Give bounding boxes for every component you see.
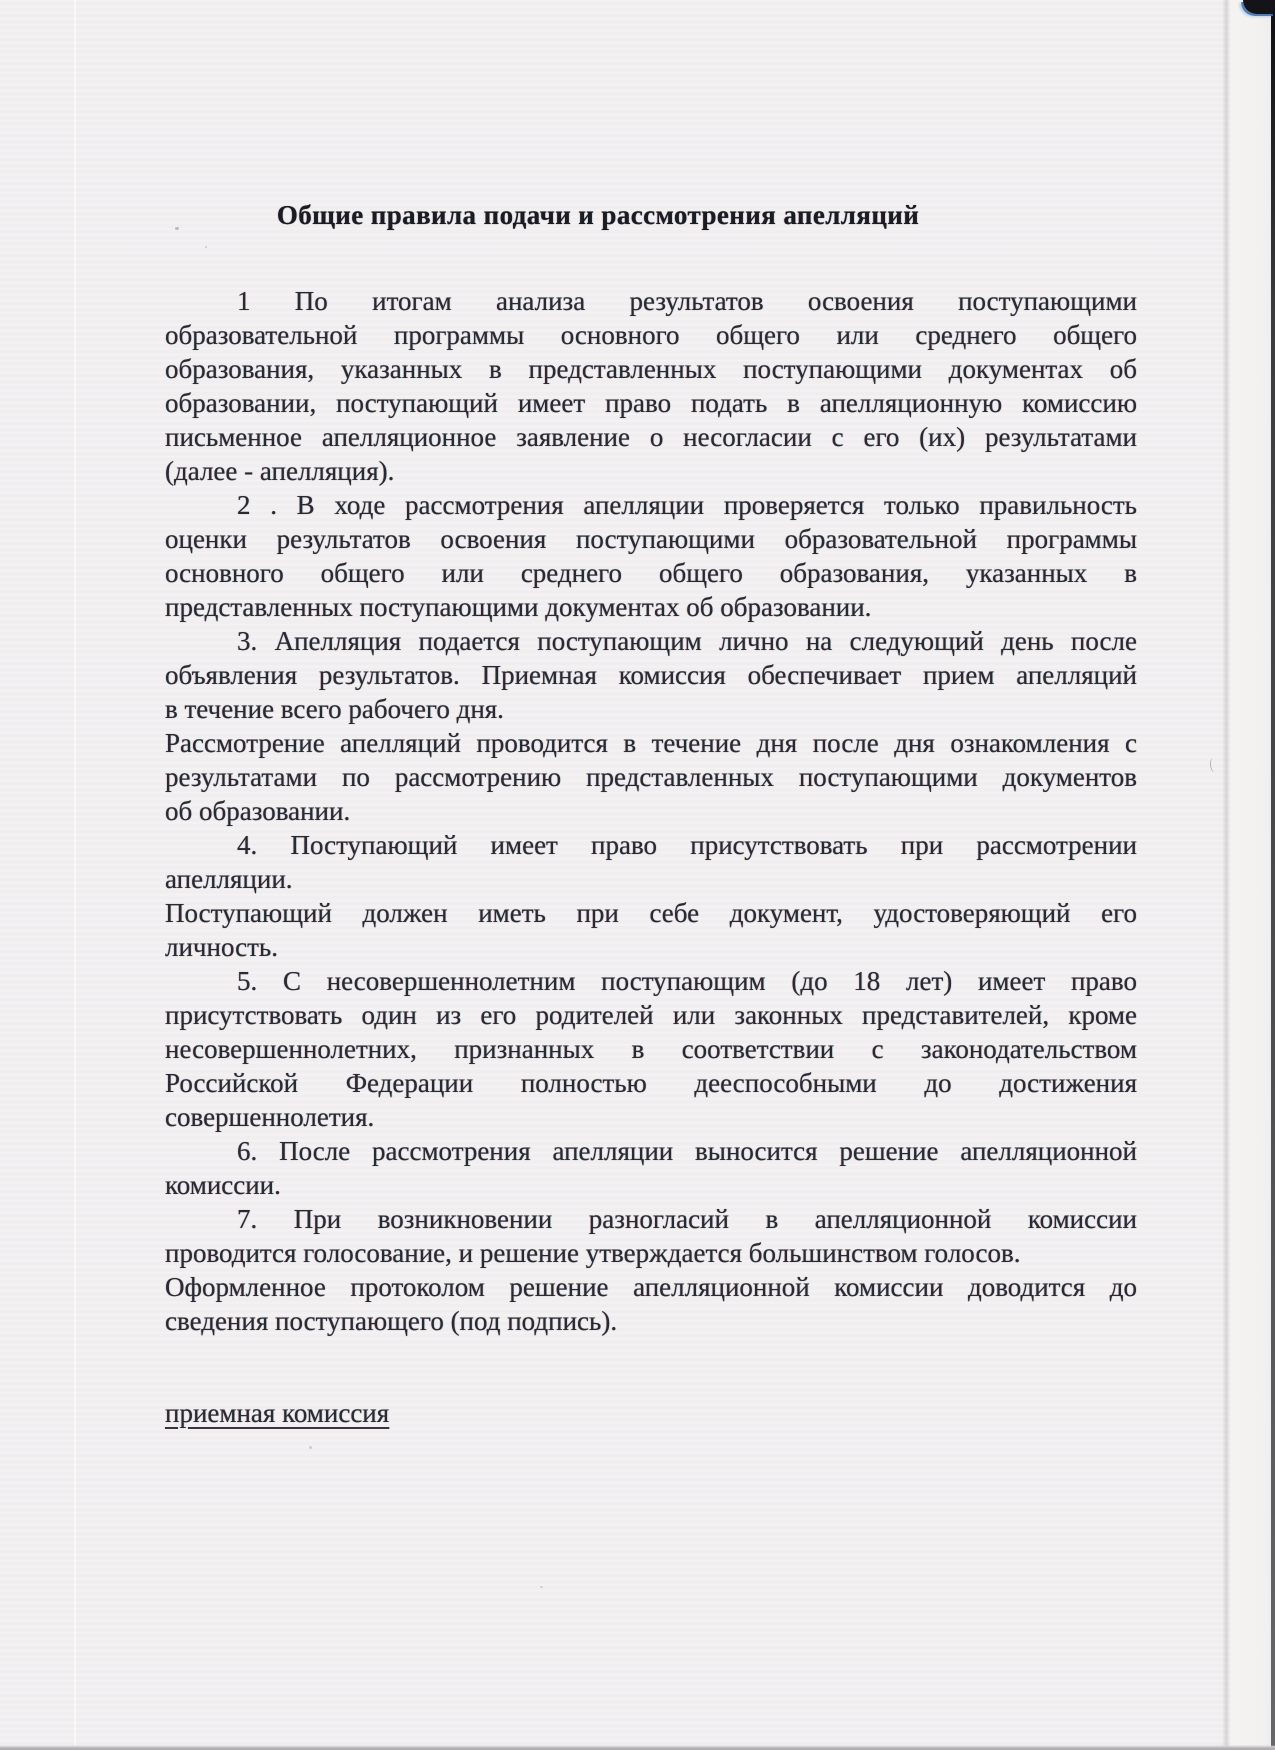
text-line: результатами по рассмотрению представлен…	[165, 760, 1137, 794]
text-line: образования, указанных в представленных …	[165, 352, 1137, 386]
scan-bottom-line	[0, 1745, 1275, 1750]
dust-speck	[205, 246, 207, 248]
text-line: несовершеннолетних, признанных в соответ…	[165, 1032, 1137, 1066]
document-title: Общие правила подачи и рассмотрения апел…	[112, 198, 1084, 232]
paragraph: Оформленное протоколом решение апелляцио…	[165, 1270, 1137, 1338]
text-line: проводится голосование, и решение утверж…	[165, 1236, 1137, 1270]
signature-line: приемная комиссия	[165, 1396, 389, 1430]
document-body: 1 По итогам анализа результатов освоения…	[165, 284, 1137, 1338]
text-line: комиссии.	[165, 1168, 1137, 1202]
paragraph: 6. После рассмотрения апелляции выноситс…	[165, 1134, 1137, 1202]
text-line: об образовании.	[165, 794, 1137, 828]
text-line: 4. Поступающий имеет право присутствоват…	[165, 828, 1137, 862]
paragraph: 1 По итогам анализа результатов освоения…	[165, 284, 1137, 488]
paragraph: Рассмотрение апелляций проводится в тече…	[165, 726, 1137, 828]
text-line: личность.	[165, 930, 1137, 964]
text-line: Поступающий должен иметь при себе докуме…	[165, 896, 1137, 930]
text-line: 2 . В ходе рассмотрения апелляции провер…	[165, 488, 1137, 522]
paragraph: 2 . В ходе рассмотрения апелляции провер…	[165, 488, 1137, 624]
paragraph: 5. С несовершеннолетним поступающим (до …	[165, 964, 1137, 1134]
scanned-page: Общие правила подачи и рассмотрения апел…	[0, 0, 1275, 1750]
text-line: совершеннолетия.	[165, 1100, 1137, 1134]
paragraph: 4. Поступающий имеет право присутствоват…	[165, 828, 1137, 896]
paper-crease	[74, 0, 76, 1750]
text-line: образовательной программы основного обще…	[165, 318, 1137, 352]
scanner-edge-shadow	[1271, 0, 1275, 1750]
text-line: 5. С несовершеннолетним поступающим (до …	[165, 964, 1137, 998]
text-line: апелляции.	[165, 862, 1137, 896]
page-edge-fold	[1222, 0, 1230, 1750]
text-line: 7. При возникновении разногласий в апелл…	[165, 1202, 1137, 1236]
text-line: объявления результатов. Приемная комисси…	[165, 658, 1137, 692]
text-line: в течение всего рабочего дня.	[165, 692, 1137, 726]
text-line: присутствовать один из его родителей или…	[165, 998, 1137, 1032]
text-line: Оформленное протоколом решение апелляцио…	[165, 1270, 1137, 1304]
text-line: Рассмотрение апелляций проводится в тече…	[165, 726, 1137, 760]
text-line: Российской Федерации полностью дееспособ…	[165, 1066, 1137, 1100]
dust-speck	[540, 1586, 543, 1588]
text-line: образовании, поступающий имеет право под…	[165, 386, 1137, 420]
scanner-bed-strip	[1230, 0, 1275, 1750]
text-line: основного общего или среднего общего обр…	[165, 556, 1137, 590]
text-line: представленных поступающими документах о…	[165, 590, 1137, 624]
paragraph: 3. Апелляция подается поступающим лично …	[165, 624, 1137, 726]
paragraph: 7. При возникновении разногласий в апелл…	[165, 1202, 1137, 1270]
text-line: оценки результатов освоения поступающими…	[165, 522, 1137, 556]
text-line: 6. После рассмотрения апелляции выноситс…	[165, 1134, 1137, 1168]
text-line: (далее - апелляция).	[165, 454, 1137, 488]
scan-smudge	[1209, 758, 1218, 773]
dust-speck	[309, 1446, 312, 1449]
text-line: 3. Апелляция подается поступающим лично …	[165, 624, 1137, 658]
paragraph: Поступающий должен иметь при себе докуме…	[165, 896, 1137, 964]
text-line: сведения поступающего (под подпись).	[165, 1304, 1137, 1338]
text-line: 1 По итогам анализа результатов освоения…	[165, 284, 1137, 318]
text-line: письменное апелляционное заявление о нес…	[165, 420, 1137, 454]
